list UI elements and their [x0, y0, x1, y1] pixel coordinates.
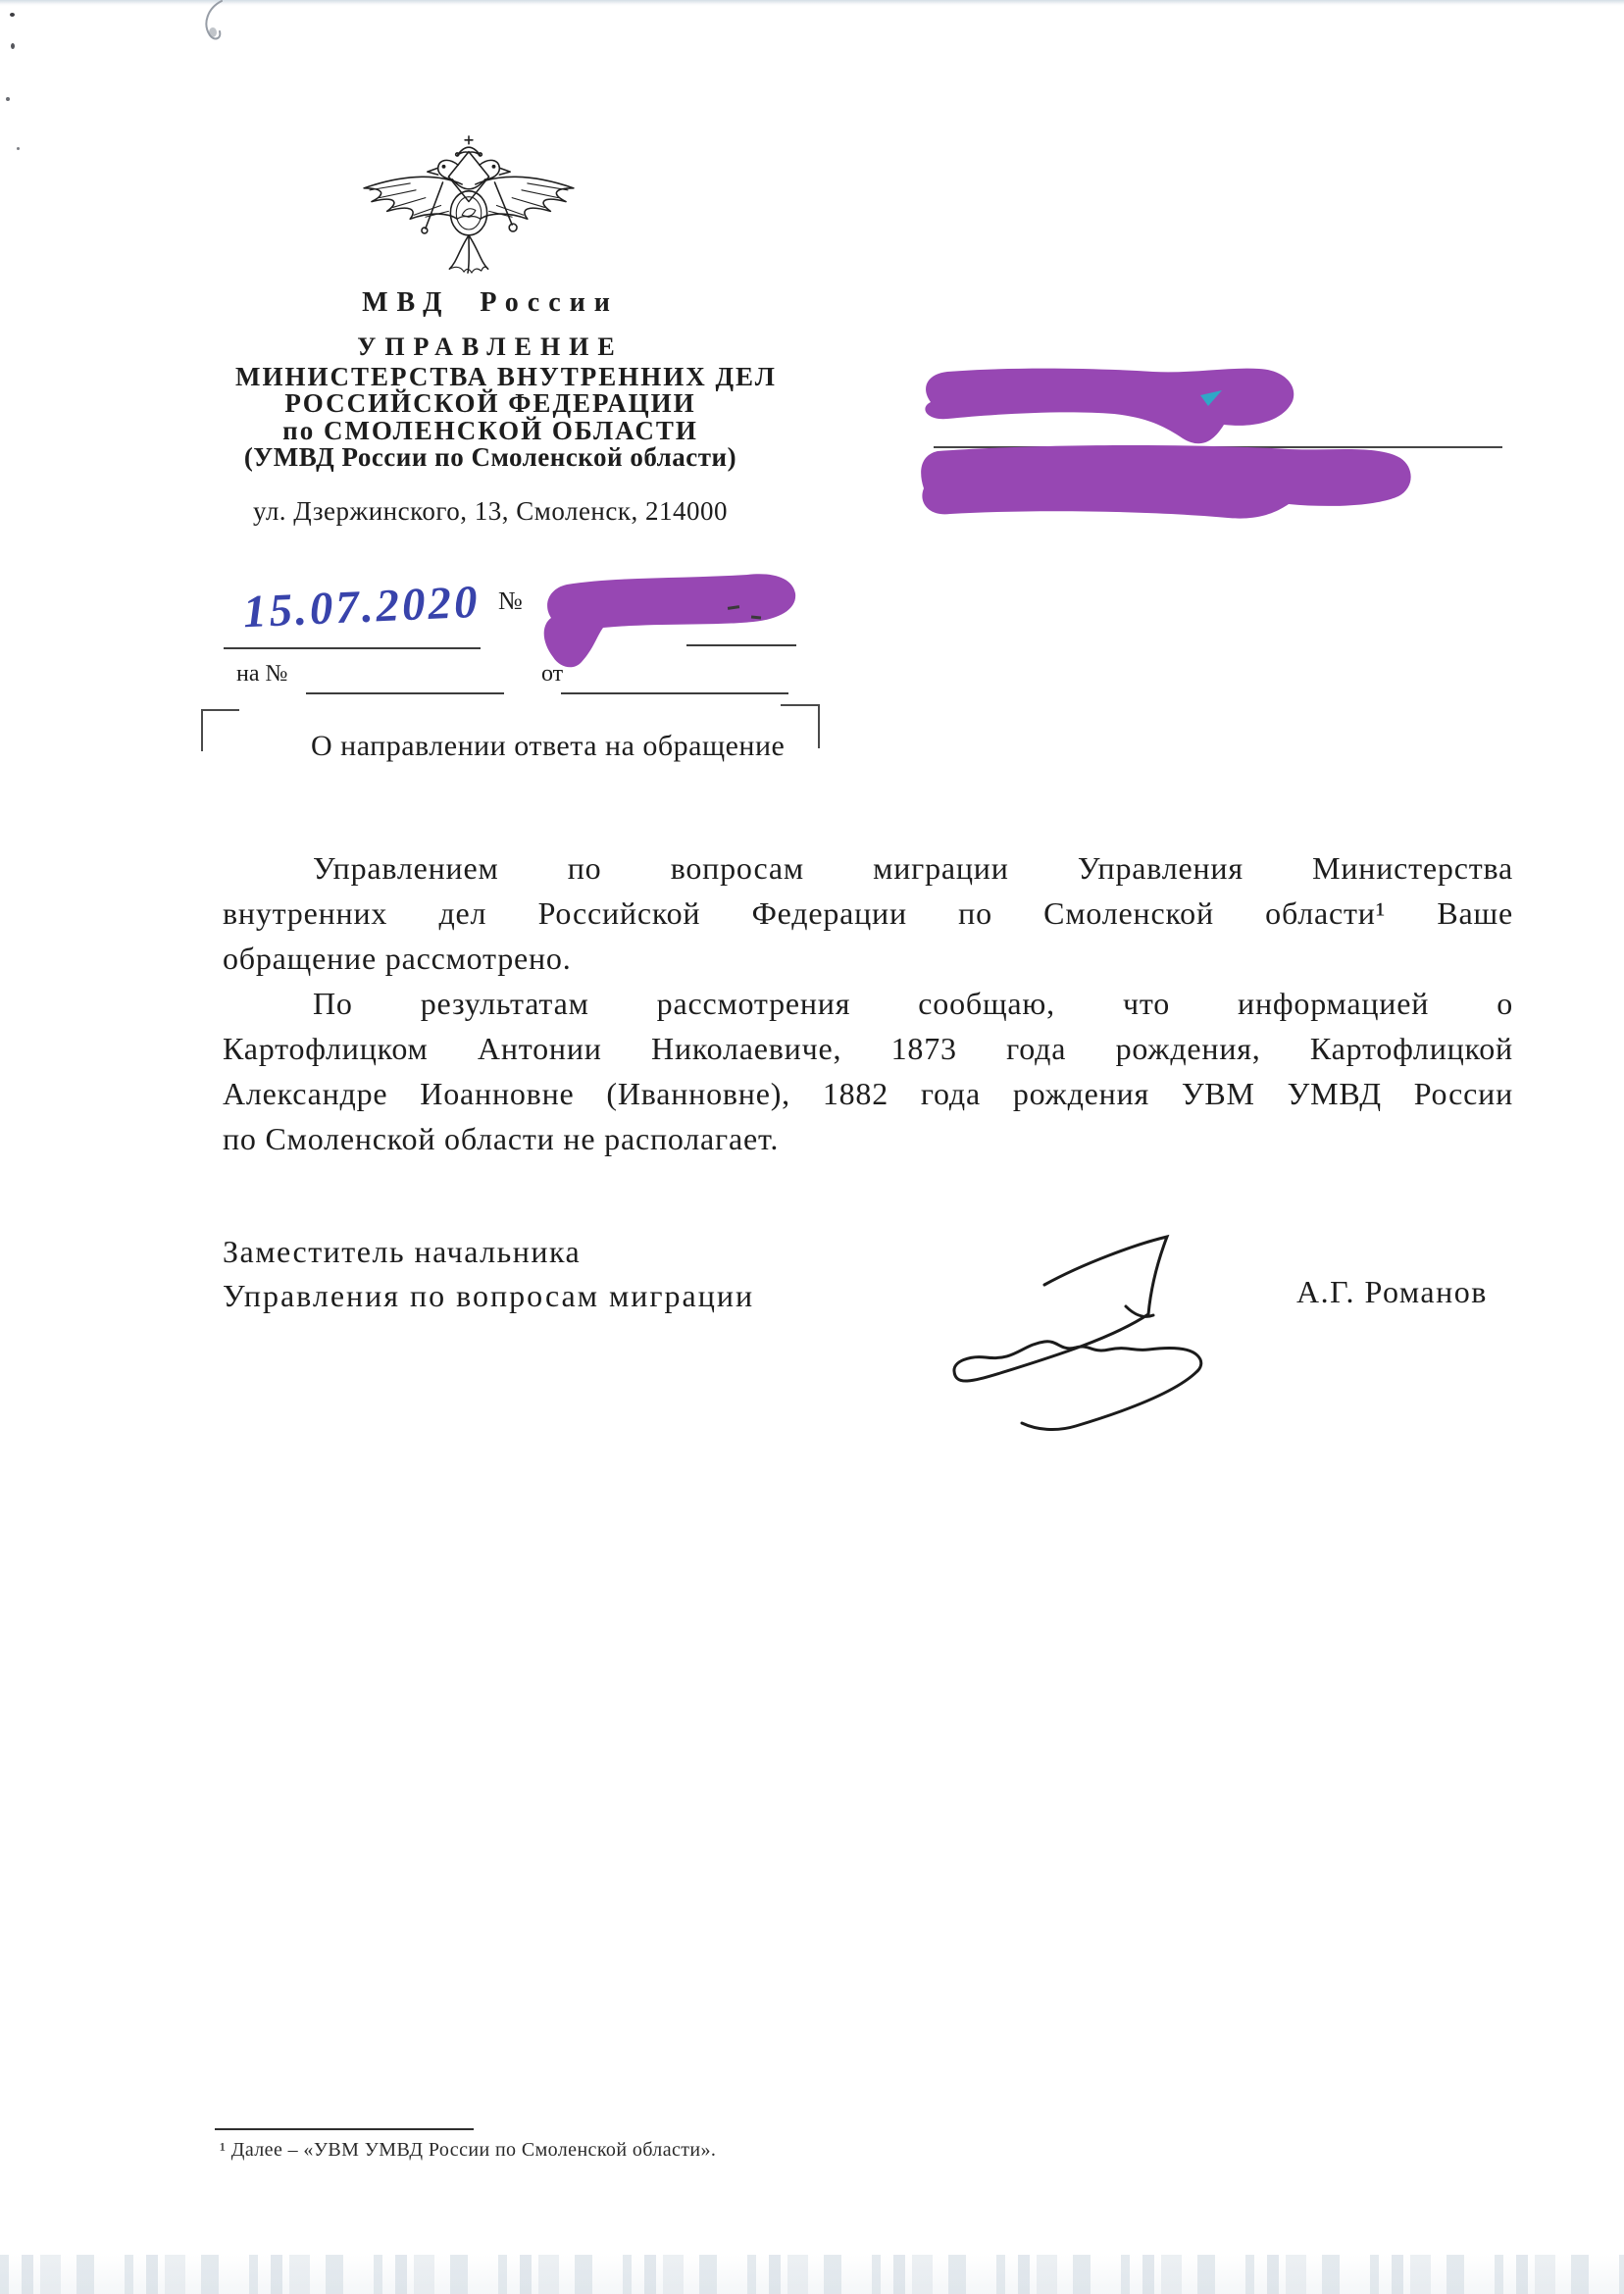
body-line: по Смоленской области не располагает. [223, 1116, 1513, 1161]
letterhead-line: РОССИЙСКОЙ ФЕДЕРАЦИИ [235, 390, 745, 418]
body-line: Александре Иоанновне (Иванновне), 1882 г… [223, 1071, 1513, 1116]
addressee-corner-mark [781, 704, 820, 748]
org-name-short: МВД России [235, 287, 745, 319]
signer-title-line1: Заместитель начальника [223, 1234, 581, 1270]
redaction-mark [537, 567, 802, 679]
scan-speck [17, 147, 20, 150]
handwritten-signature [927, 1228, 1319, 1434]
reply-number-label: на № [236, 661, 287, 688]
scanned-letter-page: МВД России УПРАВЛЕНИЕМИНИСТЕРСТВА ВНУТРЕ… [0, 0, 1624, 2294]
from-date-underline [561, 692, 788, 694]
scan-speck [10, 13, 15, 17]
scan-speck [11, 43, 15, 49]
scan-bottom-artifact [0, 2255, 1624, 2294]
from-date-label: от [541, 661, 563, 688]
signer-name: А.Г. Романов [1296, 1274, 1488, 1310]
body-line: обращение рассмотрено. [223, 936, 1513, 981]
pen-mark [196, 0, 235, 51]
date-underline [224, 647, 481, 649]
scan-top-edge [0, 0, 1624, 6]
org-address: ул. Дзержинского, 13, Смоленск, 214000 [235, 496, 745, 527]
letterhead-line: МИНИСТЕРСТВА ВНУТРЕННИХ ДЕЛ [235, 364, 745, 391]
subject-line: О направлении ответа на обращение [311, 730, 785, 763]
footnote-text: ¹ Далее – «УВМ УМВД России по Смоленской… [220, 2139, 716, 2162]
mvd-eagle-emblem-icon [356, 130, 582, 280]
scan-speck [6, 97, 10, 101]
letterhead-line: УПРАВЛЕНИЕ [235, 333, 745, 361]
redaction-mark [916, 441, 1418, 526]
body-line: Картофлицком Антонии Николаевиче, 1873 г… [223, 1026, 1513, 1071]
letterhead-line: по СМОЛЕНСКОЙ ОБЛАСТИ [235, 418, 745, 445]
signer-title-line2: Управления по вопросам миграции [223, 1278, 754, 1314]
body-line: Управлением по вопросам миграции Управле… [223, 845, 1513, 891]
footnote-rule [215, 2128, 474, 2130]
body-line: внутренних дел Российской Федерации по С… [223, 891, 1513, 936]
doc-number-label: № [498, 586, 523, 616]
body-line: По результатам рассмотрения сообщаю, что… [223, 981, 1513, 1026]
reply-number-underline [306, 692, 504, 694]
letterhead-dept-block: УПРАВЛЕНИЕМИНИСТЕРСТВА ВНУТРЕННИХ ДЕЛРОС… [235, 333, 745, 472]
addressee-corner-mark [201, 709, 239, 751]
letter-body: Управлением по вопросам миграции Управле… [223, 845, 1513, 1161]
letterhead-line: (УМВД России по Смоленской области) [235, 444, 745, 472]
handwritten-date: 15.07.2020 [242, 576, 482, 638]
